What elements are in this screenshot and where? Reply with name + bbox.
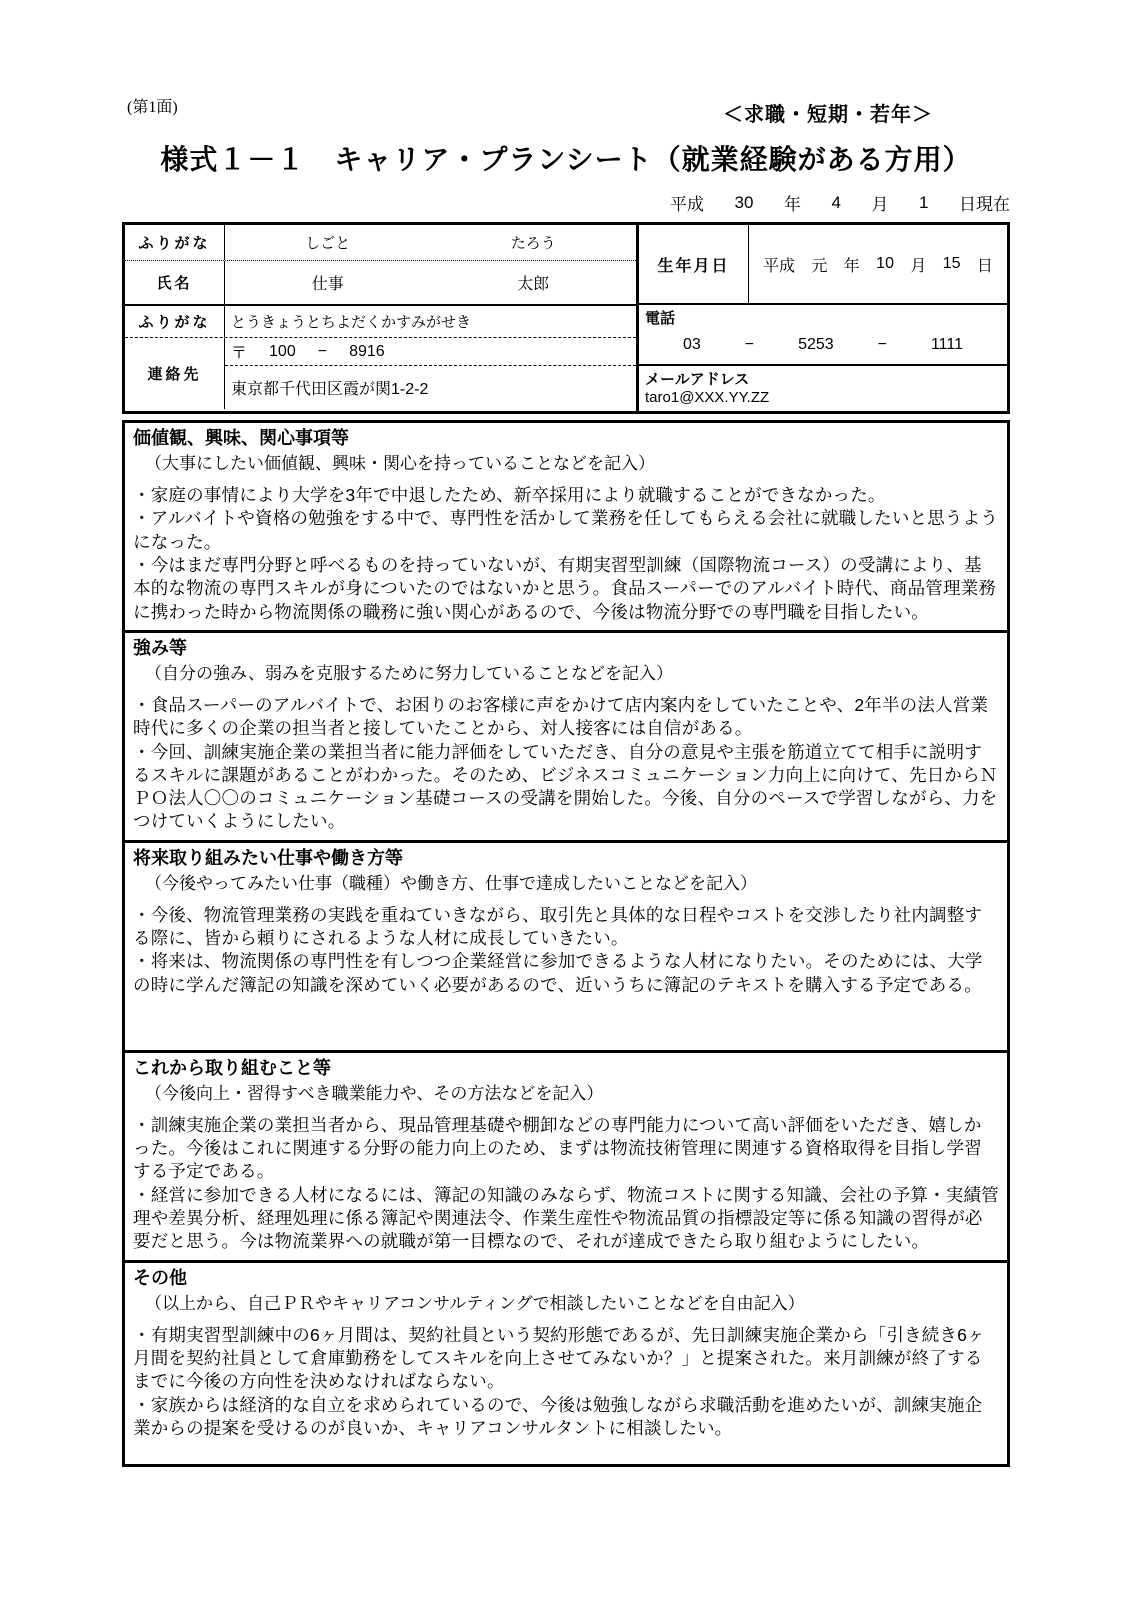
email-label: メールアドレス xyxy=(645,368,1001,389)
section-title: 将来取り組みたい仕事や働き方等 xyxy=(133,847,999,870)
contact-label: 連絡先 xyxy=(125,338,225,409)
address-furigana-row: ふりがな とうきょうとちよだくかすみがせき xyxy=(125,306,636,338)
section-body: ・有期実習型訓練中の6ヶ月間は、契約社員という契約形態であるが、先日訓練実施企業… xyxy=(133,1324,999,1440)
section-strengths: 強み等 （自分の強み、弱みを克服するために努力していることなどを記入） ・食品ス… xyxy=(122,630,1010,843)
section-subtitle: （今後やってみたい仕事（職種）や働き方、仕事で達成したいことなどを記入） xyxy=(133,872,999,896)
birthdate-value: 平成 元 年 10 月 15 日 xyxy=(749,225,1007,303)
bullet-text: ・訓練実施企業の業担当者から、現品管理基礎や棚卸などの専門能力について高い評価を… xyxy=(133,1114,999,1184)
bullet-text: ・将来は、物流関係の専門性を有しつつ企業経営に参加できるような人材になりたい。そ… xyxy=(133,950,999,997)
name-kana-first: たろう xyxy=(431,225,637,260)
date-day-suffix: 日現在 xyxy=(959,190,1010,215)
name-row: 氏名 仕事 太郎 xyxy=(125,261,636,306)
date-year-unit: 年 xyxy=(784,190,801,215)
name-first: 太郎 xyxy=(431,261,637,304)
email-value: taro1@XXX.YY.ZZ xyxy=(645,389,1001,409)
birth-month: 10 xyxy=(876,255,894,273)
birth-era: 平成 xyxy=(763,253,795,276)
career-plan-sheet-page: (第1面) ＜求職・短期・若年＞ 様式１－１ キャリア・プランシート（就業経験が… xyxy=(0,0,1131,1600)
section-title: その他 xyxy=(133,1267,999,1290)
postal-code1: 100 xyxy=(269,343,296,361)
bullet-text: ・アルバイトや資格の勉強をする中で、専門性を活かして業務を任してもらえる会社に就… xyxy=(133,507,999,554)
address-kana: とうきょうとちよだくかすみがせき xyxy=(225,306,636,337)
profile-table: ふりがな しごと たろう 氏名 仕事 太郎 ふりがな とうきょうとちよだくかすみ… xyxy=(122,222,1010,414)
birth-year-unit: 年 xyxy=(844,253,860,276)
email-cell: メールアドレス taro1@XXX.YY.ZZ xyxy=(639,366,1007,411)
postal-code2: 8916 xyxy=(349,343,385,361)
section-title: 価値観、興味、関心事項等 xyxy=(133,427,999,450)
phone-number: 03 − 5253 − 1111 xyxy=(645,328,1001,362)
birth-year: 元 xyxy=(811,253,827,276)
postal-mark: 〒 xyxy=(231,340,247,363)
page-title: 様式１－１ キャリア・プランシート（就業経験がある方用） xyxy=(122,138,1010,178)
phone-dash1: − xyxy=(745,336,754,354)
section-upcoming-efforts: これから取り組むこと等 （今後向上・習得すべき職業能力や、その方法などを記入） … xyxy=(122,1050,1010,1263)
form-sections: 価値観、興味、関心事項等 （大事にしたい価値観、興味・関心を持っていることなどを… xyxy=(122,420,1010,1467)
bullet-text: ・食品スーパーのアルバイトで、お困りのお客様に声をかけて店内案内をしていたことや… xyxy=(133,694,999,741)
section-body: ・訓練実施企業の業担当者から、現品管理基礎や棚卸などの専門能力について高い評価を… xyxy=(133,1114,999,1254)
bullet-text: ・家族からは経済的な自立を求められているので、今後は勉強しながら求職活動を進めた… xyxy=(133,1394,999,1441)
birth-day: 15 xyxy=(943,255,961,273)
section-title: 強み等 xyxy=(133,637,999,660)
birth-month-unit: 月 xyxy=(910,253,926,276)
phone-part2: 5253 xyxy=(798,336,834,354)
date-month-unit: 月 xyxy=(871,190,888,215)
section-values-interests: 価値観、興味、関心事項等 （大事にしたい価値観、興味・関心を持っていることなどを… xyxy=(122,420,1010,633)
section-subtitle: （以上から、自己ＰＲやキャリアコンサルティングで相談したいことなどを自由記入） xyxy=(133,1292,999,1316)
birth-day-unit: 日 xyxy=(977,253,993,276)
phone-part3: 1111 xyxy=(931,336,963,354)
section-body: ・食品スーパーのアルバイトで、お困りのお客様に声をかけて店内案内をしていたことや… xyxy=(133,694,999,834)
bullet-text: ・今後、物流管理業務の実践を重ねていきながら、取引先と具体的な日程やコストを交渉… xyxy=(133,904,999,951)
profile-table-left: ふりがな しごと たろう 氏名 仕事 太郎 ふりがな とうきょうとちよだくかすみ… xyxy=(125,225,636,411)
name-furigana-label: ふりがな xyxy=(125,225,225,260)
current-date-line: 平成 30 年 4 月 1 日現在 xyxy=(670,190,1010,215)
bullet-text: ・家庭の事情により大学を3年で中退したため、新卒採用により就職することができなか… xyxy=(133,484,999,507)
address-value: 東京都千代田区霞が関1-2-2 xyxy=(225,366,636,409)
category-label: ＜求職・短期・若年＞ xyxy=(723,98,933,127)
phone-dash2: − xyxy=(878,336,887,354)
name-last: 仕事 xyxy=(225,261,431,304)
birthdate-label: 生年月日 xyxy=(639,225,749,303)
address-furigana-label: ふりがな xyxy=(125,306,225,337)
date-day: 1 xyxy=(919,193,928,213)
section-other: その他 （以上から、自己ＰＲやキャリアコンサルティングで相談したいことなどを自由… xyxy=(122,1260,1010,1467)
bullet-text: ・今はまだ専門分野と呼べるものを持っていないが、有期実習型訓練（国際物流コース）… xyxy=(133,554,999,624)
phone-cell: 電話 03 − 5253 − 1111 xyxy=(639,305,1007,366)
section-subtitle: （自分の強み、弱みを克服するために努力していることなどを記入） xyxy=(133,662,999,686)
date-year: 30 xyxy=(735,193,754,213)
bullet-text: ・今回、訓練実施企業の業担当者に能力評価をしていただき、自分の意見や主張を筋道立… xyxy=(133,741,999,834)
section-body: ・今後、物流管理業務の実践を重ねていきながら、取引先と具体的な日程やコストを交渉… xyxy=(133,904,999,997)
contact-row: 連絡先 〒 100 − 8916 東京都千代田区霞が関1-2-2 xyxy=(125,338,636,409)
date-month: 4 xyxy=(831,193,840,213)
name-furigana-row: ふりがな しごと たろう xyxy=(125,225,636,261)
corner-note: (第1面) xyxy=(127,94,178,117)
section-subtitle: （今後向上・習得すべき職業能力や、その方法などを記入） xyxy=(133,1082,999,1106)
phone-part1: 03 xyxy=(683,336,701,354)
bullet-text: ・経営に参加できる人材になるには、簿記の知識のみならず、物流コストに関する知識、… xyxy=(133,1184,999,1254)
section-future-work: 将来取り組みたい仕事や働き方等 （今後やってみたい仕事（職種）や働き方、仕事で達… xyxy=(122,840,1010,1053)
phone-label: 電話 xyxy=(645,307,1001,328)
section-body: ・家庭の事情により大学を3年で中退したため、新卒採用により就職することができなか… xyxy=(133,484,999,624)
section-subtitle: （大事にしたい価値観、興味・関心を持っていることなどを記入） xyxy=(133,452,999,476)
name-label: 氏名 xyxy=(125,261,225,304)
name-kana-last: しごと xyxy=(225,225,431,260)
postal-code-row: 〒 100 − 8916 xyxy=(225,338,636,366)
bullet-text: ・有期実習型訓練中の6ヶ月間は、契約社員という契約形態であるが、先日訓練実施企業… xyxy=(133,1324,999,1394)
profile-table-right: 生年月日 平成 元 年 10 月 15 日 電話 03 − 5253 − xyxy=(636,225,1007,411)
section-title: これから取り組むこと等 xyxy=(133,1057,999,1080)
postal-dash: − xyxy=(318,343,327,361)
birthdate-row: 生年月日 平成 元 年 10 月 15 日 xyxy=(639,225,1007,305)
date-era: 平成 xyxy=(670,190,704,215)
